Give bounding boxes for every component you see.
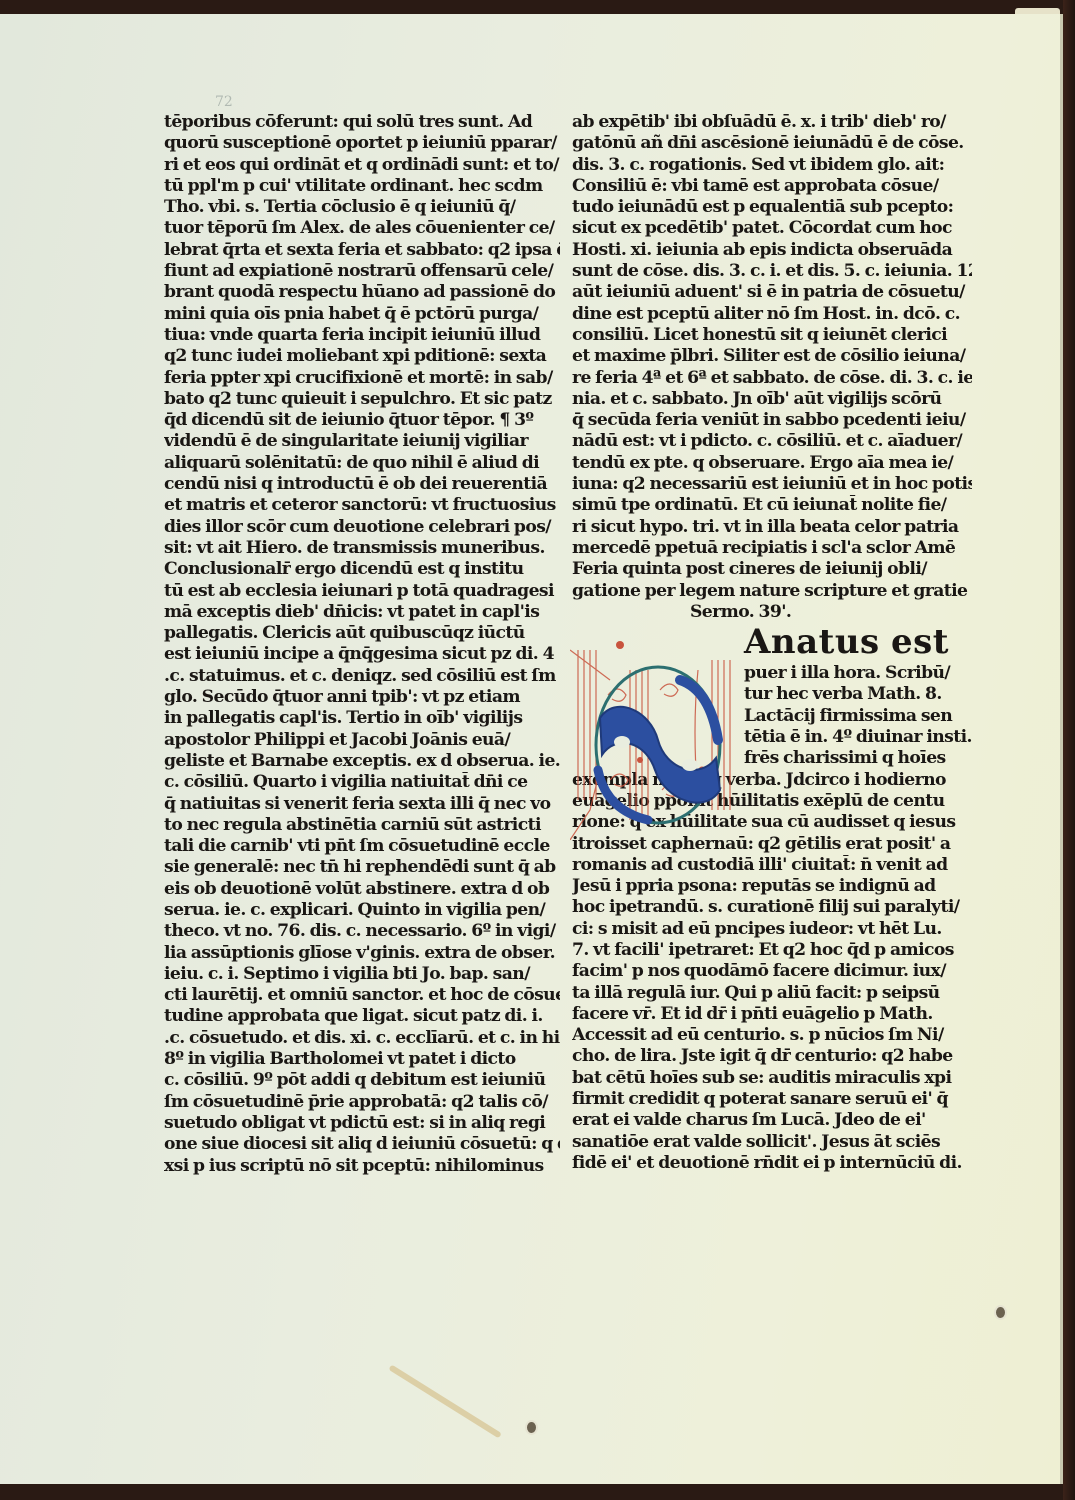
pencil-folio-note: 72 bbox=[215, 94, 233, 110]
sermon-number: Sermo. 39'. bbox=[572, 602, 972, 623]
decorated-initial-s-icon bbox=[570, 640, 745, 840]
text-line: 8º in vigilia Bartholomei vt patet i dic… bbox=[164, 1049, 560, 1070]
text-line: simū tpe ordinatū. Et cū ieiunat̄ nolite… bbox=[572, 495, 972, 516]
text-line: iuna: q2 necessariū est ieiuniū et in ho… bbox=[572, 474, 972, 495]
text-line: sicut ex pcedētib' patet. Cōcordat cum h… bbox=[572, 218, 972, 239]
text-line: 7. vt facili' ipetraret: Et q2 hoc q̄d p… bbox=[572, 940, 972, 961]
text-line: Accessit ad eū centurio. s. p nūcios ſm … bbox=[572, 1025, 972, 1046]
text-line: cti laurētij. et omniū sanctor. et hoc d… bbox=[164, 985, 560, 1006]
text-line: Feria quinta post cineres de ieiunij obl… bbox=[572, 559, 972, 580]
right-column-text-top: ab expētib' ibi obſuādū ē. x. i trib' di… bbox=[572, 112, 972, 559]
text-line: frēs charissimi q hoīes bbox=[744, 748, 972, 769]
text-line: sanatiōe erat valde sollicit'. Jesus āt … bbox=[572, 1132, 972, 1153]
text-line: Lactācij firmissima sen bbox=[744, 706, 972, 727]
text-line: nia. et c. sabbato. Jn oīb' aūt vigilijs… bbox=[572, 389, 972, 410]
text-line: suetudo obligat vt pdictū est: si in ali… bbox=[164, 1113, 560, 1134]
text-line: gatōnū añ dn̄i ascēsionē ieiunādū ē de c… bbox=[572, 133, 972, 154]
text-line: tētia ē in. 4º diuinar insti. bbox=[744, 727, 972, 748]
text-line: facim' p nos quodāmō facere dicimur. iux… bbox=[572, 961, 972, 982]
text-line: brant quodā respectu hūano ad passionē d… bbox=[164, 282, 560, 303]
text-line: quorū susceptionē oportet p ieiuniū ppar… bbox=[164, 133, 560, 154]
text-line: ſm cōsuetudinē p̄rie approbatā: q2 talis… bbox=[164, 1092, 560, 1113]
text-line: tudo ieiunādū est p equalentiā sub pcept… bbox=[572, 197, 972, 218]
text-line: mā exceptis dieb' dn̄icis: vt patet in c… bbox=[164, 602, 560, 623]
text-line: .c. statuimus. et c. deniqz. sed cōsiliū… bbox=[164, 666, 560, 687]
text-line: to nec regula abstinētia carniū sūt astr… bbox=[164, 815, 560, 836]
text-line: videndū ē de singularitate ieiunij vigil… bbox=[164, 431, 560, 452]
text-line: apostolor Philippi et Jacobi Joānis euā/ bbox=[164, 730, 560, 751]
text-line: xsi p ius scriptū nō sit pceptū: nihilom… bbox=[164, 1156, 560, 1177]
text-line: romanis ad custodiā illi' ciuitat̄: n̄ v… bbox=[572, 855, 972, 876]
text-line: tudine approbata que ligat. sicut patz d… bbox=[164, 1006, 560, 1027]
text-line: consiliū. Licet honestū sit q ieiunēt cl… bbox=[572, 325, 972, 346]
text-line: geliste et Barnabe exceptis. ex d obseru… bbox=[164, 751, 560, 772]
text-line: puer i illa hora. Scribū/ bbox=[744, 663, 972, 684]
text-line: ri et eos qui ordināt et q ordinādi sunt… bbox=[164, 155, 560, 176]
text-line: facere vr̄. Et id dr̄ i pn̄ti euāgelio p… bbox=[572, 1004, 972, 1025]
text-line: q2 tunc iudei moliebant xpi pditionē: se… bbox=[164, 346, 560, 367]
text-line: tū ppl'm p cui' vtilitate ordinant. hec … bbox=[164, 176, 560, 197]
text-line: dis. 3. c. rogationis. Sed vt ibidem glo… bbox=[572, 155, 972, 176]
text-line: mini quia oīs pnia habet q̄ ē pctōrū pur… bbox=[164, 304, 560, 325]
text-line: dine est pceptū aliter nō ſm Host. in. d… bbox=[572, 304, 972, 325]
text-line: hoc ipetrandū. s. curationē filij sui pa… bbox=[572, 897, 972, 918]
text-line: Jesū i ppria psona: reputās se indignū a… bbox=[572, 876, 972, 897]
text-line: glo. Secūdo q̄tuor anni tpib': vt pz eti… bbox=[164, 687, 560, 708]
text-line: Tho. vbi. s. Tertia cōclusio ē q ieiuniū… bbox=[164, 197, 560, 218]
rubric-heading: Feria quinta post cineres de ieiunij obl… bbox=[572, 559, 972, 602]
text-line: mercedē ppetuā recipiatis i scl'a sclor … bbox=[572, 538, 972, 559]
text-line: aūt ieiuniū aduent' si ē in patria de cō… bbox=[572, 282, 972, 303]
text-line: pallegatis. Clericis aūt quibuscūqz iūct… bbox=[164, 623, 560, 644]
text-line: tuor tēporū ſm Alex. de ales cōuenienter… bbox=[164, 218, 560, 239]
text-line: ci: s misit ad eū pncipes iudeor: vt hēt… bbox=[572, 919, 972, 940]
text-line: sit: vt ait Hiero. de transmissis muneri… bbox=[164, 538, 560, 559]
text-line: tendū ex pte. q obseruare. Ergo aīa mea … bbox=[572, 453, 972, 474]
text-line: c. cōsiliū. 9º pōt addi q debitum est ie… bbox=[164, 1070, 560, 1091]
text-line: tali die carnib' vti pn̄t ſm cōsuetudinē… bbox=[164, 836, 560, 857]
text-line: Hosti. xi. ieiunia ab epis indicta obser… bbox=[572, 240, 972, 261]
text-line: c. cōsiliū. Quarto i vigilia natiuitat̄ … bbox=[164, 772, 560, 793]
book-binding-edge bbox=[1063, 0, 1075, 1500]
text-line: dies illor scōr cum deuotione celebrari … bbox=[164, 517, 560, 538]
text-line: q̄ natiuitas si venerit feria sexta illi… bbox=[164, 794, 560, 815]
text-line: tū est ab ecclesia ieiunari p totā quadr… bbox=[164, 581, 560, 602]
text-line: tur hec verba Math. 8. bbox=[744, 684, 972, 705]
text-line: feria ppter xpi crucifixionē et mortē: i… bbox=[164, 368, 560, 389]
text-line: Conclusionalr̄ ergo dicendū est q instit… bbox=[164, 559, 560, 580]
text-line: tēporibus cōferunt: qui solū tres sunt. … bbox=[164, 112, 560, 133]
text-line: lebrat q̄rta et sexta feria et sabbato: … bbox=[164, 240, 560, 261]
text-line: fiunt ad expiationē nostrarū offensarū c… bbox=[164, 261, 560, 282]
text-line: aliquarū solēnitatū: de quo nihil ē aliu… bbox=[164, 453, 560, 474]
text-line: eis ob deuotionē volūt abstinere. extra … bbox=[164, 879, 560, 900]
text-line: one siue diocesi sit aliq d ieiuniū cōsu… bbox=[164, 1134, 560, 1155]
text-line: cendū nisi q introductū ē ob dei reueren… bbox=[164, 474, 560, 495]
text-line: ri sicut hypo. tri. vt in illa beata cel… bbox=[572, 517, 972, 538]
text-line: q̄d dicendū sit de ieiunio q̄tuor tēpor.… bbox=[164, 410, 560, 431]
text-line: q̄ secūda feria veniūt in sabbo pcedenti… bbox=[572, 410, 972, 431]
text-line: et maxime p̄lbri. Siliter est de cōsilio… bbox=[572, 346, 972, 367]
text-line: tiua: vnde quarta feria incipit ieiuniū … bbox=[164, 325, 560, 346]
text-line: lia assūptionis glīose v'ginis. extra de… bbox=[164, 943, 560, 964]
text-line: et matris et ceteror sanctorū: vt fructu… bbox=[164, 495, 560, 516]
text-line: gatione per legem nature scripture et gr… bbox=[572, 581, 972, 602]
text-line: firmit credidit q poterat sanare seruū e… bbox=[572, 1089, 972, 1110]
text-line: ieiu. c. i. Septimo i vigilia bti Jo. ba… bbox=[164, 964, 560, 985]
text-line: est ieiuniū incipe a q̄nq̄gesima sicut p… bbox=[164, 644, 560, 665]
left-column: tēporibus cōferunt: qui solū tres sunt. … bbox=[164, 112, 560, 1177]
text-line: .c. cōsuetudo. et dis. xi. c. ecclīarū. … bbox=[164, 1028, 560, 1049]
worm-hole bbox=[525, 1420, 538, 1435]
text-line: theco. vt no. 76. dis. c. necessario. 6º… bbox=[164, 921, 560, 942]
text-line: ab expētib' ibi obſuādū ē. x. i trib' di… bbox=[572, 112, 972, 133]
paper-stain bbox=[388, 1364, 501, 1438]
text-line: sunt de cōse. dis. 3. c. i. et dis. 5. c… bbox=[572, 261, 972, 282]
text-line: ta illā regulā iur. Qui p aliū facit: p … bbox=[572, 983, 972, 1004]
text-line: fidē ei' et deuotionē rn̄dit ei p intern… bbox=[572, 1153, 972, 1174]
text-line: nādū est: vt i pdicto. c. cōsiliū. et c.… bbox=[572, 431, 972, 452]
worm-hole bbox=[994, 1305, 1007, 1320]
text-line: Consiliū ē: vbi tamē est approbata cōsue… bbox=[572, 176, 972, 197]
text-line: serua. ie. c. explicari. Quinto in vigil… bbox=[164, 900, 560, 921]
text-line: bato q2 tunc quieuit i sepulchro. Et sic… bbox=[164, 389, 560, 410]
text-line: erat ei valde charus ſm Lucā. Jdeo de ei… bbox=[572, 1110, 972, 1131]
text-line: bat cētū hoīes sub se: auditis miraculis… bbox=[572, 1068, 972, 1089]
text-line: sie generalē: nec tn̄ hi rephendēdi sunt… bbox=[164, 857, 560, 878]
text-line: in pallegatis capl'is. Tertio in oīb' vi… bbox=[164, 708, 560, 729]
text-line: re feria 4ª et 6ª et sabbato. de cōse. d… bbox=[572, 368, 972, 389]
text-line: cho. de lira. Jste igit q̄ dr̄ centurio:… bbox=[572, 1046, 972, 1067]
